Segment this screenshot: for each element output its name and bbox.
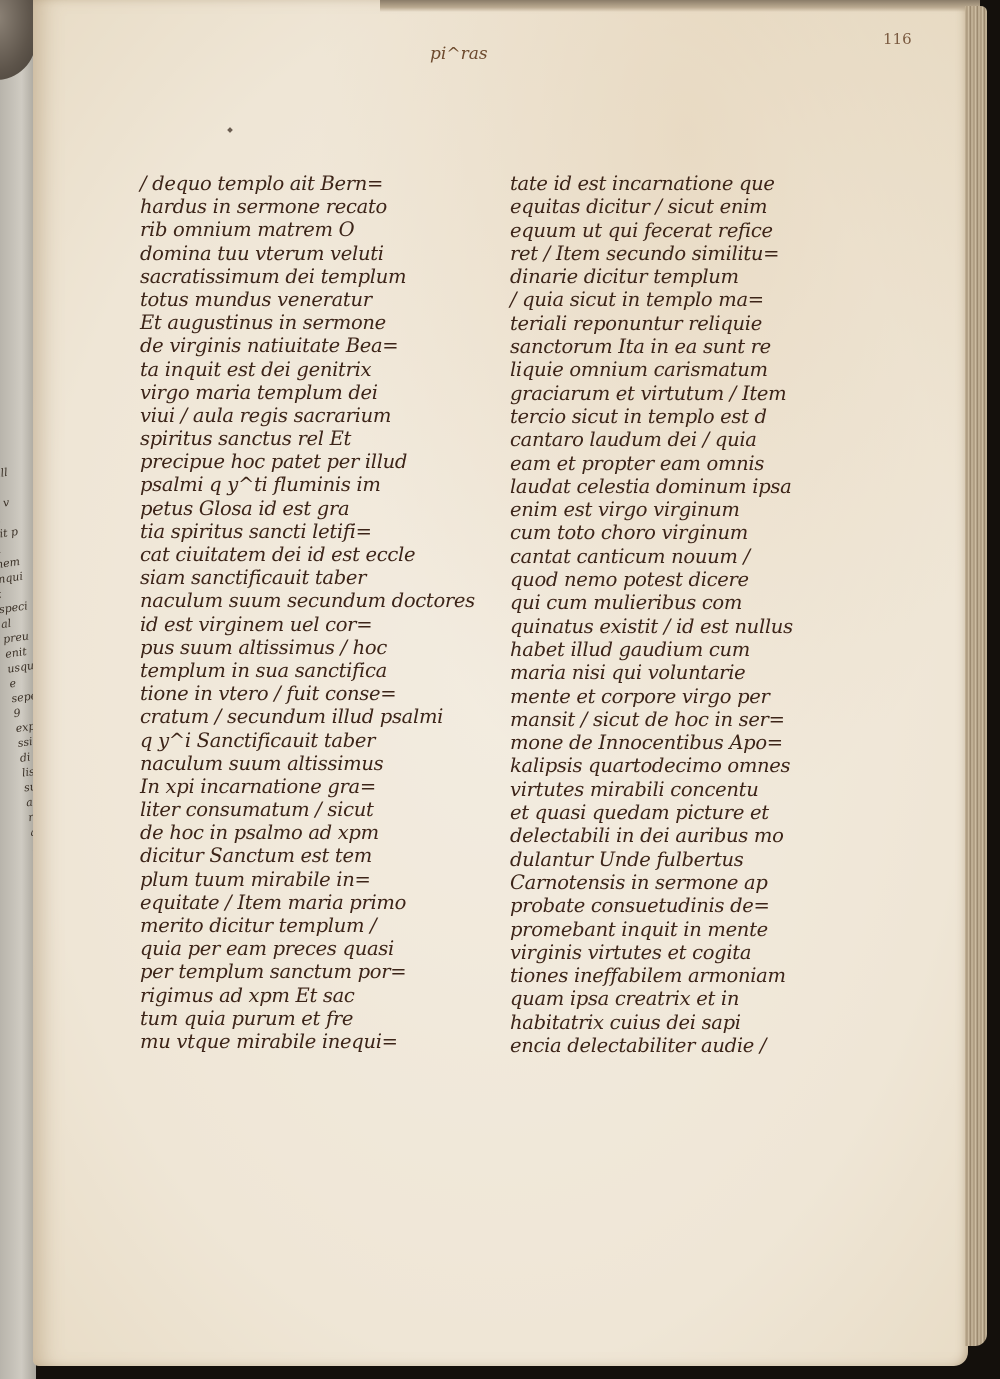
text-line: habet illud gaudium cum	[510, 638, 830, 661]
text-line: sacratissimum dei templum	[140, 265, 470, 288]
text-line: probate consuetudinis de=	[510, 894, 830, 917]
text-line: mone de Innocentibus Apo=	[510, 731, 830, 754]
text-line: Carnotensis in sermone ap	[510, 871, 830, 894]
text-line: naculum suum altissimus	[140, 752, 470, 775]
text-line: de virginis natiuitate Bea=	[140, 334, 470, 357]
text-line: virgo maria templum dei	[140, 381, 470, 404]
right-text-column: tate id est incarnatione queequitas dici…	[510, 172, 830, 1057]
text-line: eam et propter eam omnis	[510, 452, 830, 475]
text-line: tione in vtero / fuit conse=	[140, 682, 470, 705]
text-line: merito dicitur templum /	[140, 914, 470, 937]
text-line: virginis virtutes et cogita	[510, 941, 830, 964]
text-line: dicitur Sanctum est tem	[140, 844, 470, 867]
text-line: hardus in sermone recato	[140, 195, 470, 218]
text-line: / quia sicut in templo ma=	[510, 288, 830, 311]
text-line: Et augustinus in sermone	[140, 311, 470, 334]
text-line: cratum / secundum illud psalmi	[140, 705, 470, 728]
text-line: sanctorum Ita in ea sunt re	[510, 335, 830, 358]
text-line: enim est virgo virginum	[510, 498, 830, 521]
binding-thread	[0, 0, 36, 80]
text-line: graciarum et virtutum / Item	[510, 382, 830, 405]
text-line: quinatus existit / id est nullus	[510, 615, 830, 638]
page-block-edge	[965, 6, 987, 1346]
text-line: ta inquit est dei genitrix	[140, 358, 470, 381]
text-line: cum toto choro virginum	[510, 521, 830, 544]
text-line: equitate / Item maria primo	[140, 891, 470, 914]
text-line: templum in sua sanctifica	[140, 659, 470, 682]
text-line: teriali reponuntur reliquie	[510, 312, 830, 335]
text-line: dinarie dicitur templum	[510, 265, 830, 288]
text-line: per templum sanctum por=	[140, 960, 470, 983]
text-line: tercio sicut in templo est d	[510, 405, 830, 428]
text-line: siam sanctificauit taber	[140, 566, 470, 589]
text-line: domina tuu vterum veluti	[140, 242, 470, 265]
text-line: cat ciuitatem dei id est eccle	[140, 543, 470, 566]
left-text-column: / dequo templo ait Bern=hardus in sermon…	[140, 172, 470, 1053]
text-line: In xpi incarnatione gra=	[140, 775, 470, 798]
text-line: viui / aula regis sacrarium	[140, 404, 470, 427]
text-line: ret / Item secundo similitu=	[510, 242, 830, 265]
text-line: spiritus sanctus rel Et	[140, 427, 470, 450]
text-line: psalmi q y^ti fluminis im	[140, 473, 470, 496]
text-line: plum tuum mirabile in=	[140, 868, 470, 891]
text-line: precipue hoc patet per illud	[140, 450, 470, 473]
text-line: tia spiritus sancti letifi=	[140, 520, 470, 543]
text-line: habitatrix cuius dei sapi	[510, 1011, 830, 1034]
text-line: equitas dicitur / sicut enim	[510, 195, 830, 218]
facing-page-text: ...eciam preciput ut nulli multo sit ut …	[0, 227, 36, 1033]
text-line: q y^i Sanctificauit taber	[140, 729, 470, 752]
text-line: cantat canticum nouum /	[510, 545, 830, 568]
text-line: maria nisi qui voluntarie	[510, 661, 830, 684]
text-line: liter consumatum / sicut	[140, 798, 470, 821]
text-line: virtutes mirabili concentu	[510, 778, 830, 801]
text-line: quia per eam preces quasi	[140, 937, 470, 960]
text-line: rigimus ad xpm Et sac	[140, 984, 470, 1007]
text-line: encia delectabiliter audie /	[510, 1034, 830, 1057]
text-line: equum ut qui fecerat refice	[510, 219, 830, 242]
text-line: mente et corpore virgo per	[510, 685, 830, 708]
text-line: cantaro laudum dei / quia	[510, 428, 830, 451]
text-line: laudat celestia dominum ipsa	[510, 475, 830, 498]
running-head: pi^ras	[430, 44, 488, 64]
page-top-edge	[380, 0, 980, 12]
text-line: / dequo templo ait Bern=	[140, 172, 470, 195]
text-line: pus suum altissimus / hoc	[140, 636, 470, 659]
facing-page-edge: ...eciam preciput ut nulli multo sit ut …	[0, 0, 36, 1379]
text-line: mu vtque mirabile inequi=	[140, 1030, 470, 1053]
text-line: totus mundus veneratur	[140, 288, 470, 311]
text-line: de hoc in psalmo ad xpm	[140, 821, 470, 844]
text-line: tiones ineffabilem armoniam	[510, 964, 830, 987]
text-line: quam ipsa creatrix et in	[510, 987, 830, 1010]
text-line: qui cum mulieribus com	[510, 591, 830, 614]
text-line: id est virginem uel cor=	[140, 613, 470, 636]
text-line: tate id est incarnatione que	[510, 172, 830, 195]
text-line: et quasi quedam picture et	[510, 801, 830, 824]
text-line: rib omnium matrem O	[140, 218, 470, 241]
text-line: naculum suum secundum doctores	[140, 589, 470, 612]
text-line: dulantur Unde fulbertus	[510, 848, 830, 871]
text-line: liquie omnium carismatum	[510, 358, 830, 381]
text-line: petus Glosa id est gra	[140, 497, 470, 520]
text-line: promebant inquit in mente	[510, 918, 830, 941]
text-line: tum quia purum et fre	[140, 1007, 470, 1030]
text-line: mansit / sicut de hoc in ser=	[510, 708, 830, 731]
text-line: kalipsis quartodecimo omnes	[510, 754, 830, 777]
folio-number: 116	[883, 30, 912, 48]
text-line: quod nemo potest dicere	[510, 568, 830, 591]
text-line: delectabili in dei auribus mo	[510, 824, 830, 847]
